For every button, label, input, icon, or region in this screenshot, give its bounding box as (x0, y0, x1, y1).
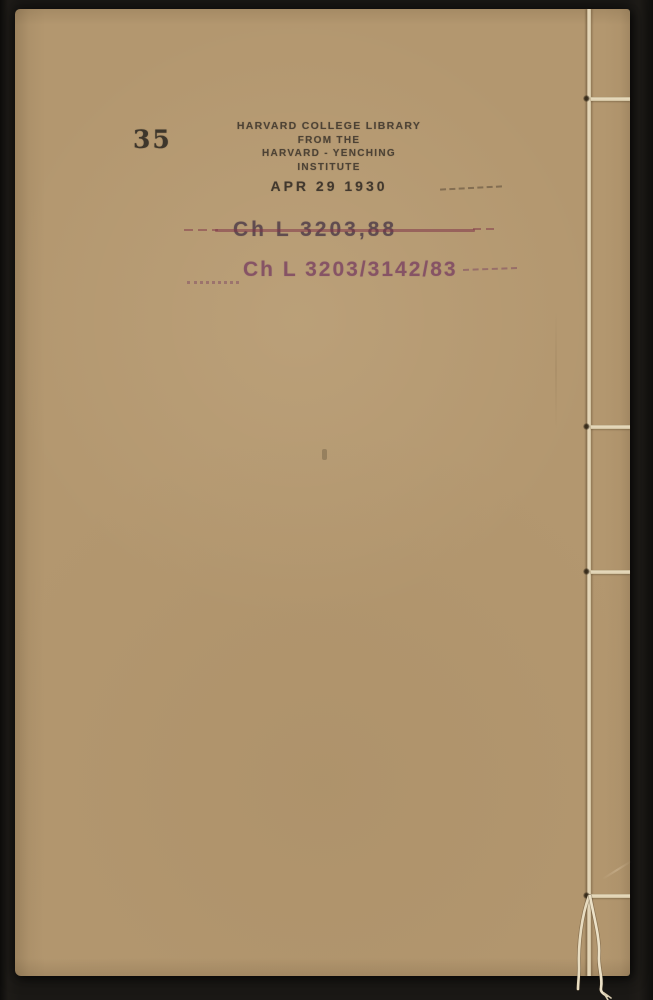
stamp-line-library: HARVARD COLLEGE LIBRARY (219, 120, 439, 134)
stamp-line-institute: INSTITUTE (219, 161, 439, 175)
paper-crease (602, 860, 632, 880)
library-stamp: HARVARD COLLEGE LIBRARY FROM THE HARVARD… (219, 120, 439, 194)
binding-thread-loose-tails (555, 893, 635, 1000)
stitch-hole-2 (583, 423, 590, 430)
stamp-date: APR 29 1930 (219, 178, 439, 194)
stitch-hole-1 (583, 95, 590, 102)
strikethrough-line-right (473, 228, 499, 230)
strikethrough-line (215, 229, 475, 232)
book-cover: 35 HARVARD COLLEGE LIBRARY FROM THE HARV… (15, 9, 630, 976)
stamp-line-from-the: FROM THE (219, 134, 439, 148)
new-call-number: Ch L 3203/3142/83 (243, 258, 458, 282)
ink-smudge (322, 449, 327, 460)
stamp-line-yenching: HARVARD - YENCHING (219, 147, 439, 161)
binding-stitch-2 (591, 425, 630, 429)
paper-crease (555, 309, 557, 429)
binding-stitch-1 (591, 97, 630, 101)
accession-number: 35 (133, 125, 172, 154)
binding-stitch-3 (591, 570, 630, 574)
call-number-trailing-dashes (463, 267, 517, 271)
pencil-scribble (440, 185, 502, 190)
scan-backdrop: 35 HARVARD COLLEGE LIBRARY FROM THE HARV… (0, 0, 653, 1000)
stitch-hole-3 (583, 568, 590, 575)
strikethrough-line-left (184, 229, 218, 231)
call-number-leading-dots (187, 281, 239, 284)
binding-thread-vertical (587, 9, 591, 976)
